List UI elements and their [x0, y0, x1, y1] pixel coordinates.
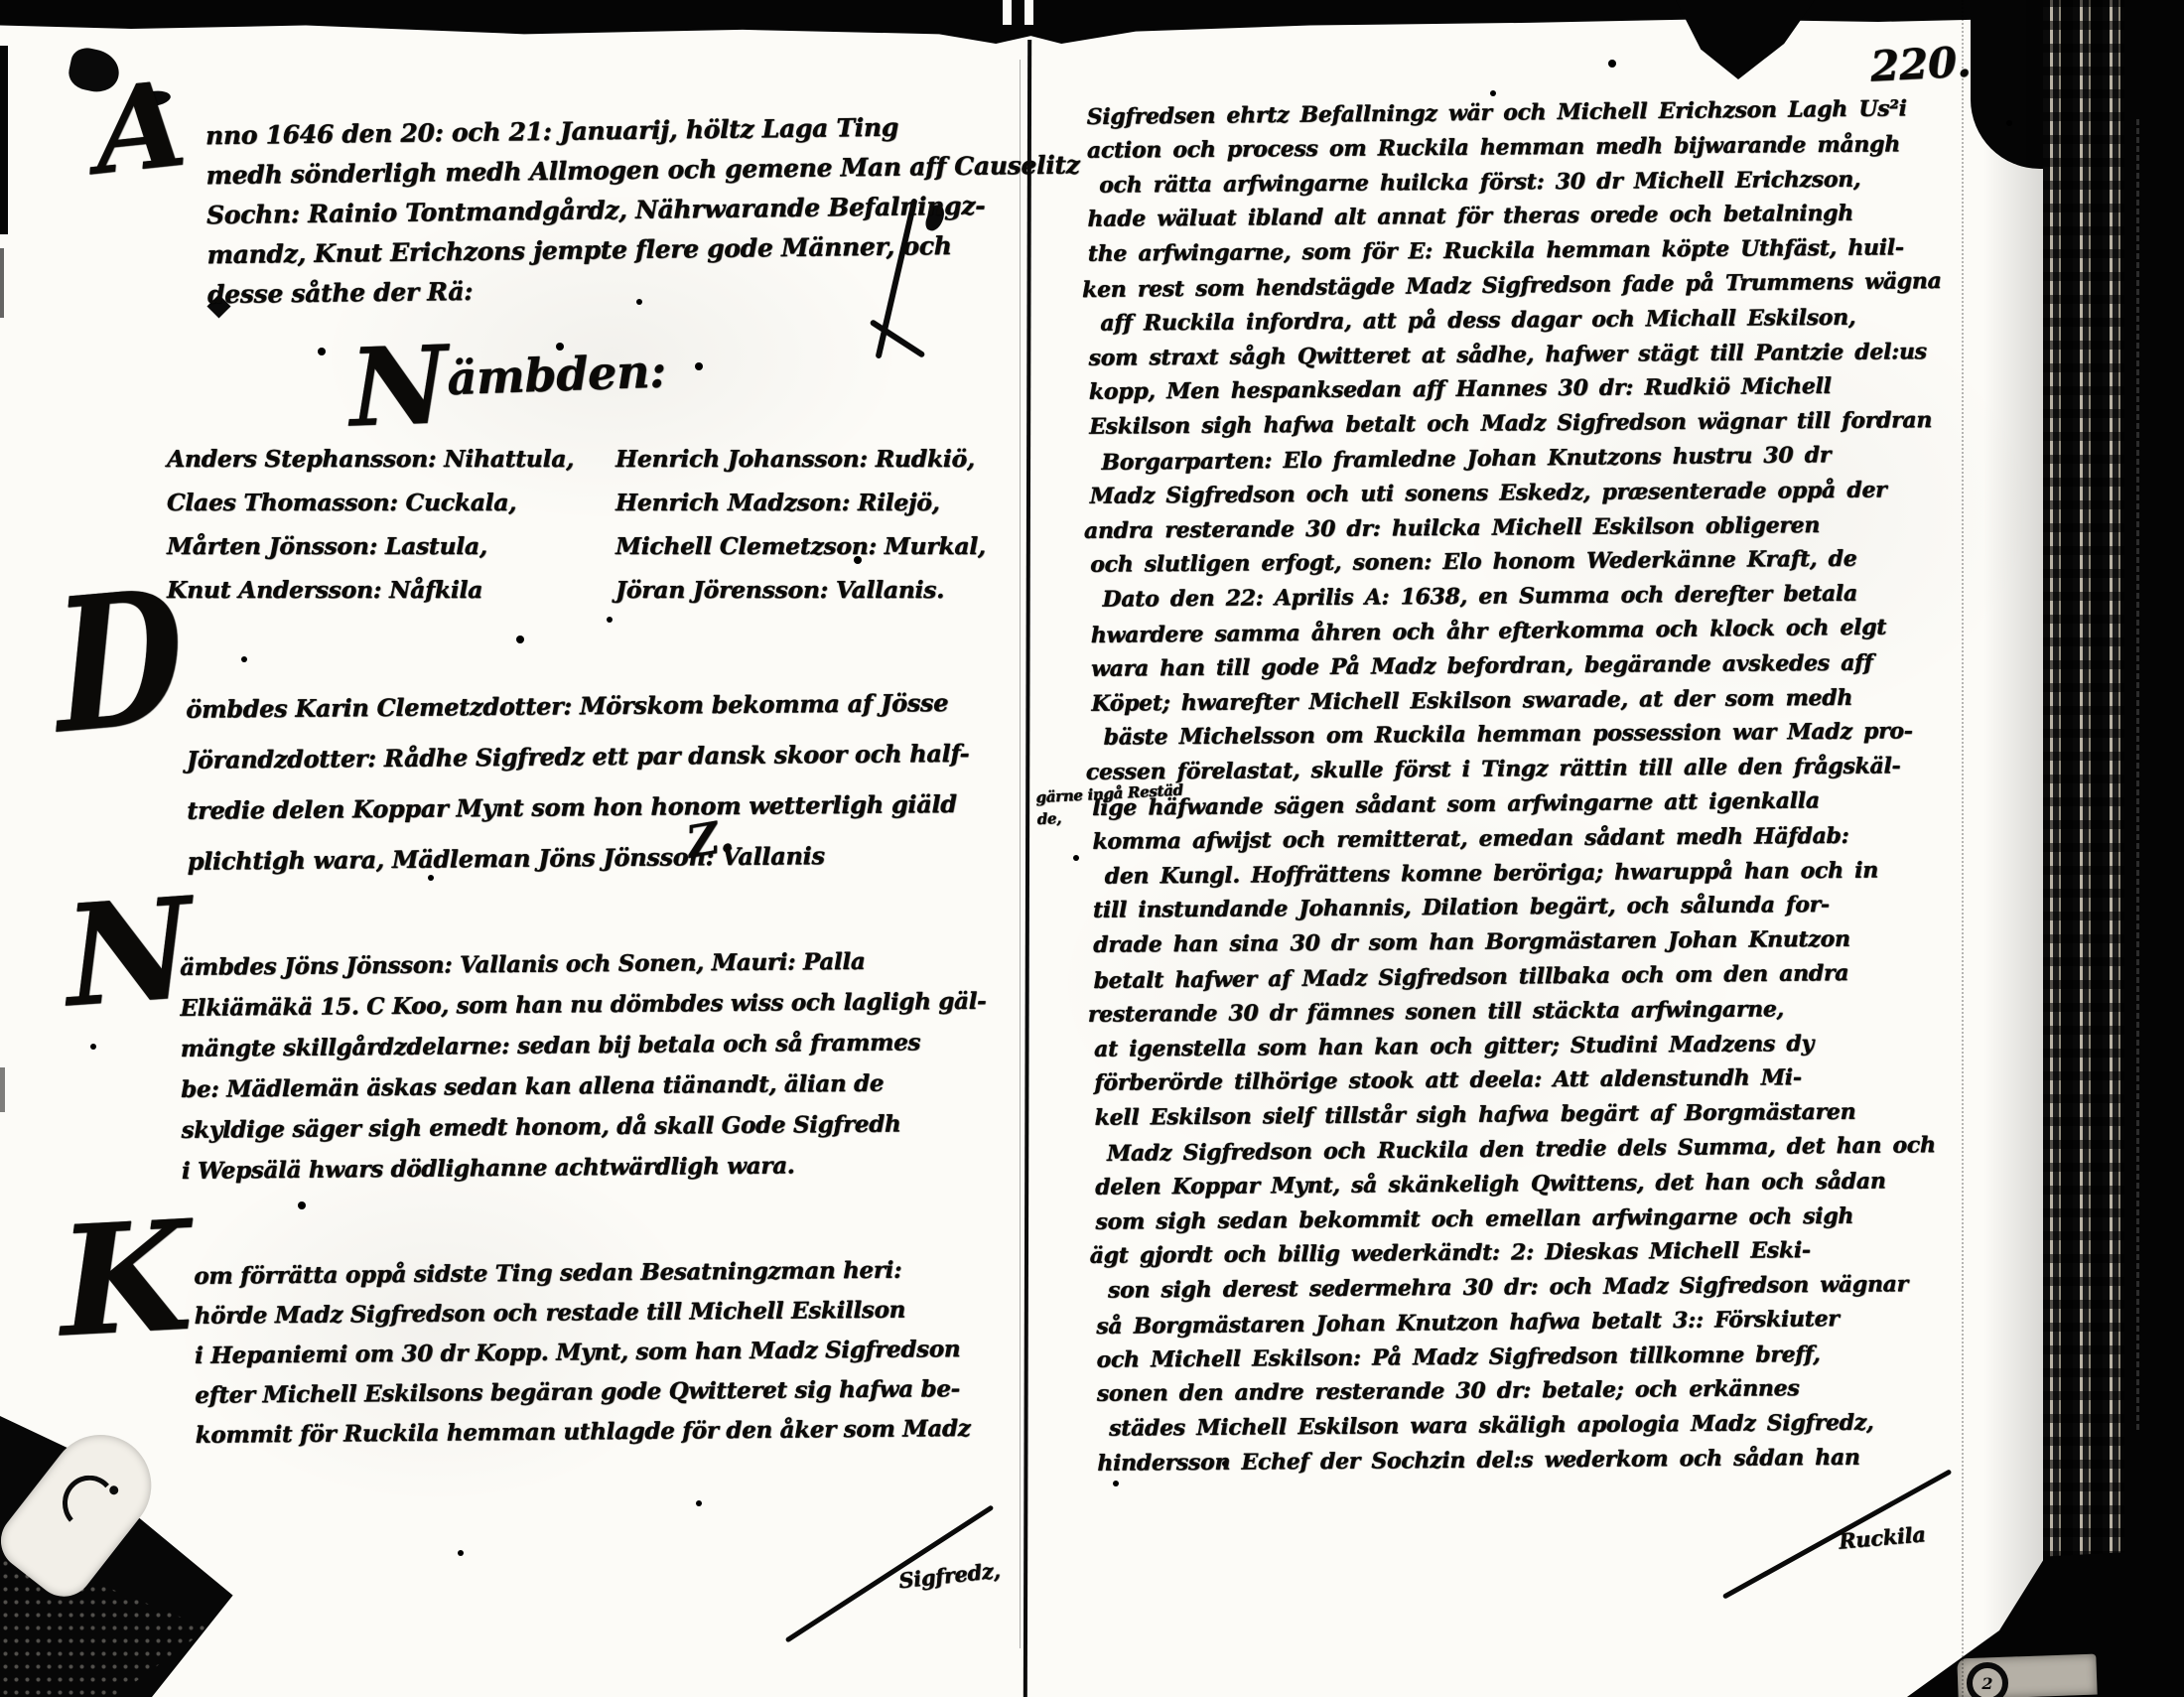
- jury-name-left: Anders Stephansson: Nihattula,: [167, 437, 615, 481]
- catchword: Sigfredz,: [897, 1558, 1002, 1594]
- thumbnail-arc: [62, 1474, 118, 1532]
- judgment-paragraph-2: ämbdes Jöns Jönsson: Vallanis och Sonen,…: [180, 939, 1055, 1192]
- jury-name-right: Henrich Johansson: Rudkiö,: [615, 437, 975, 481]
- scan-border-left: [0, 46, 8, 234]
- paragraph-line: ömbdes Karin Clemetzdotter: Mörskom beko…: [186, 676, 1039, 735]
- scan-border-left: [0, 1067, 5, 1112]
- binding-mark-icon: [1024, 0, 1033, 25]
- fore-edge-highlight: [2136, 119, 2139, 1430]
- judgment-paragraph-3: om förrätta oppå sidste Ting sedan Besat…: [194, 1249, 1069, 1456]
- jury-name-right: Jöran Jörensson: Vallanis.: [615, 568, 944, 612]
- paragraph-initial: D: [51, 564, 188, 759]
- judgment-paragraph-1: ömbdes Karin Clemetzdotter: Mörskom beko…: [186, 676, 1041, 886]
- jury-heading: Nämbden:: [348, 344, 667, 408]
- jury-name-right: Michell Clemetzson: Murkal,: [615, 524, 986, 568]
- paragraph-line: kommit för Ruckila hemman uthlagde för d…: [196, 1408, 1069, 1456]
- jury-name-right: Henrich Madzson: Rilejö,: [615, 481, 939, 524]
- paragraph-line: tredie delen Koppar Mynt som hon honom w…: [187, 778, 1040, 836]
- paragraph-end-mark: Z.: [683, 810, 737, 868]
- paragraph-line: Elkiämäkä 15. C Koo, som han nu dömbdes …: [180, 980, 1053, 1029]
- paragraph-initial: K: [56, 1201, 195, 1358]
- jury-list: Anders Stephansson: Nihattula, Henrich J…: [167, 437, 1040, 612]
- jury-row: Anders Stephansson: Nihattula, Henrich J…: [167, 437, 1040, 481]
- scan-border-top: [0, 0, 2184, 44]
- paragraph-line: Jörandzdotter: Rådhe Sigfredz ett par da…: [187, 727, 1040, 785]
- manuscript-scan: 2 A nno 1646 den 20: och 21: Januarij, h…: [0, 0, 2184, 1697]
- heading-initial: A: [88, 66, 191, 192]
- page-marker-stamp-icon: 2: [1967, 1662, 2008, 1697]
- jury-heading-initial: N: [347, 323, 450, 451]
- record-heading: nno 1646 den 20: och 21: Januarij, höltz…: [205, 106, 1051, 315]
- ink-blot: [1676, 0, 1815, 79]
- jury-name-left: Knut Andersson: Nåfkila: [167, 568, 615, 612]
- book-fore-edge: [2043, 0, 2128, 1697]
- page-number: 220.: [1869, 37, 1973, 90]
- court-record-text: Sigfredsen ehrtz Befallningz wär och Mic…: [1087, 91, 2046, 1481]
- jury-row: Claes Thomasson: Cuckala, Henrich Madzso…: [167, 481, 1040, 524]
- binding-mark-icon: [1003, 0, 1012, 25]
- paragraph-line: plichtigh wara, Mädleman Jöns Jönsson: V…: [187, 828, 1040, 887]
- jury-row: Mårten Jönsson: Lastula, Michell Clemetz…: [167, 524, 1040, 568]
- paragraph-line: i Wepsälä hwars dödlighanne achtwärdligh…: [182, 1143, 1055, 1192]
- ink-specks: [0, 0, 4, 4]
- scan-border-right: [2124, 0, 2184, 1697]
- scan-border-left: [0, 248, 4, 318]
- jury-row: Knut Andersson: Nåfkila Jöran Jörensson:…: [167, 568, 1040, 612]
- jury-name-left: Mårten Jönsson: Lastula,: [167, 524, 615, 568]
- jury-heading-rest: ämbden:: [447, 344, 667, 405]
- jury-name-left: Claes Thomasson: Cuckala,: [167, 481, 615, 524]
- paragraph-initial: N: [61, 880, 197, 1028]
- record-line: hindersson Echef der Sochzin del:s weder…: [1097, 1439, 2045, 1481]
